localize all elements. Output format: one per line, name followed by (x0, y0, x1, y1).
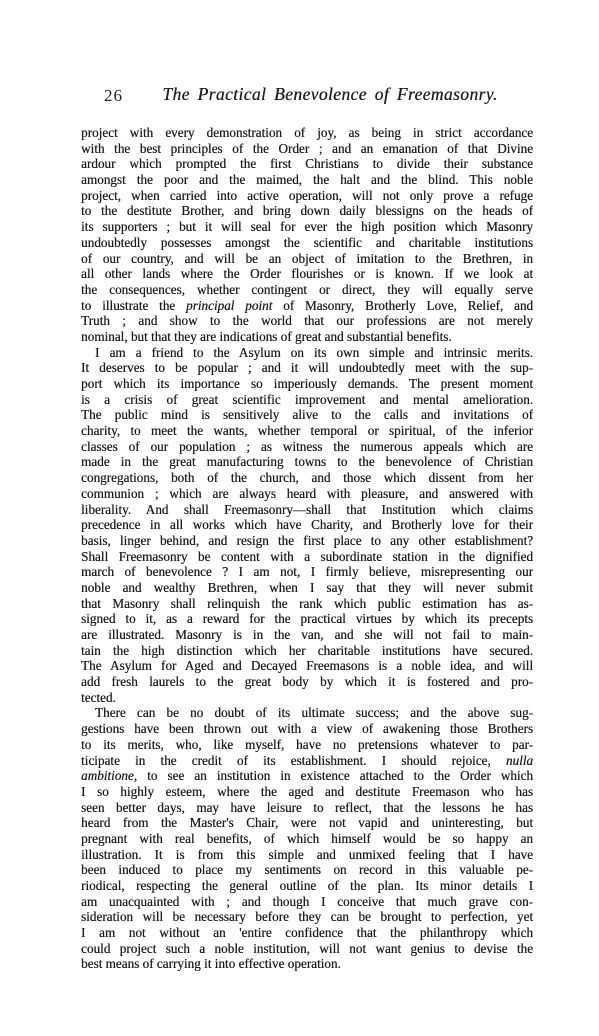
text-line: tain the high distinction which her char… (81, 643, 533, 659)
italic-phrase: principal point (186, 298, 272, 313)
text-line: made in the great manufacturing towns to… (81, 454, 533, 470)
page-header: 26 The Practical Benevolence of Freemaso… (81, 84, 533, 108)
text-line: ticipate in the credit of its establishm… (81, 753, 533, 769)
text-line: classes of our population ; as witness t… (81, 439, 533, 455)
text-line: signed to it, as a reward for the practi… (81, 611, 533, 627)
text-line: Truth ; and show to the world that our p… (81, 313, 533, 329)
text-line: The public mind is sensitively alive to … (81, 407, 533, 423)
text-line: amongst the poor and the maimed, the hal… (81, 172, 533, 188)
text-line: port which its importance so imperiously… (81, 376, 533, 392)
text-line: best means of carrying it into effective… (81, 956, 533, 972)
text-line: ardour which prompted the first Christia… (81, 156, 533, 172)
text-line: precedence in all works which have Chari… (81, 517, 533, 533)
text-line: charity, to meet the wants, whether temp… (81, 423, 533, 439)
text-line: is a crisis of great scientific improvem… (81, 392, 533, 408)
page-body: project with every demonstration of joy,… (81, 125, 533, 972)
italic-phrase: nulla (506, 753, 533, 768)
text-line: am unacquainted with ; and though I conc… (81, 894, 533, 910)
text-line: liberality. And shall Freemasonry—shall … (81, 502, 533, 518)
text-line: been induced to place my sentiments on r… (81, 862, 533, 878)
text-line: The Asylum for Aged and Decayed Freemaso… (81, 658, 533, 674)
text-line: march of benevolence ? I am not, I firml… (81, 564, 533, 580)
text-line: nominal, but that they are indications o… (81, 329, 533, 345)
text-line: communion ; which are always heard with … (81, 486, 533, 502)
text-line: the consequences, whether contingent or … (81, 282, 533, 298)
text-line: its supporters ; but it will seal for ev… (81, 219, 533, 235)
italic-phrase: ambitione (81, 768, 134, 783)
text-line: that Masonry shall relinquish the rank w… (81, 596, 533, 612)
text-line: sideration will be necessary before they… (81, 909, 533, 925)
text-line: pregnant with real benefits, of which hi… (81, 831, 533, 847)
text-line: ambitione, to see an institution in exis… (81, 768, 533, 784)
text-line: I am a friend to the Asylum on its own s… (81, 345, 533, 361)
text-line: to illustrate the principal point of Mas… (81, 298, 533, 314)
text-line: undoubtedly possesses amongst the scient… (81, 235, 533, 251)
scanned-page: 26 The Practical Benevolence of Freemaso… (0, 0, 599, 1036)
text-line: illustration. It is from this simple and… (81, 847, 533, 863)
text-line: basis, linger behind, and resign the fir… (81, 533, 533, 549)
text-line: congregations, both of the church, and t… (81, 470, 533, 486)
text-line: could project such a noble institution, … (81, 941, 533, 957)
running-title: The Practical Benevolence of Freemasonry… (81, 84, 533, 105)
text-line: to its merits, who, like myself, have no… (81, 737, 533, 753)
text-line: noble and wealthy Brethren, when I say t… (81, 580, 533, 596)
text-line: are illustrated. Masonry is in the van, … (81, 627, 533, 643)
text-line: I am not without an 'entire confidence t… (81, 925, 533, 941)
text-line: riodical, respecting the general outline… (81, 878, 533, 894)
text-line: I so highly esteem, where the aged and d… (81, 784, 533, 800)
text-line: seen better days, may have leisure to re… (81, 800, 533, 816)
text-line: It deserves to be popular ; and it will … (81, 360, 533, 376)
text-line: to the destitute Brother, and bring down… (81, 203, 533, 219)
text-line: tected. (81, 690, 533, 706)
text-line: gestions have been thrown out with a vie… (81, 721, 533, 737)
text-line: heard from the Master's Chair, were not … (81, 815, 533, 831)
text-line: Shall Freemasonry be content with a subo… (81, 549, 533, 565)
text-line: add fresh laurels to the great body by w… (81, 674, 533, 690)
text-line: with the best principles of the Order ; … (81, 141, 533, 157)
text-line: There can be no doubt of its ultimate su… (81, 705, 533, 721)
text-line: of our country, and will be an object of… (81, 251, 533, 267)
text-line: project, when carried into active operat… (81, 188, 533, 204)
text-line: all other lands where the Order flourish… (81, 266, 533, 282)
text-line: project with every demonstration of joy,… (81, 125, 533, 141)
